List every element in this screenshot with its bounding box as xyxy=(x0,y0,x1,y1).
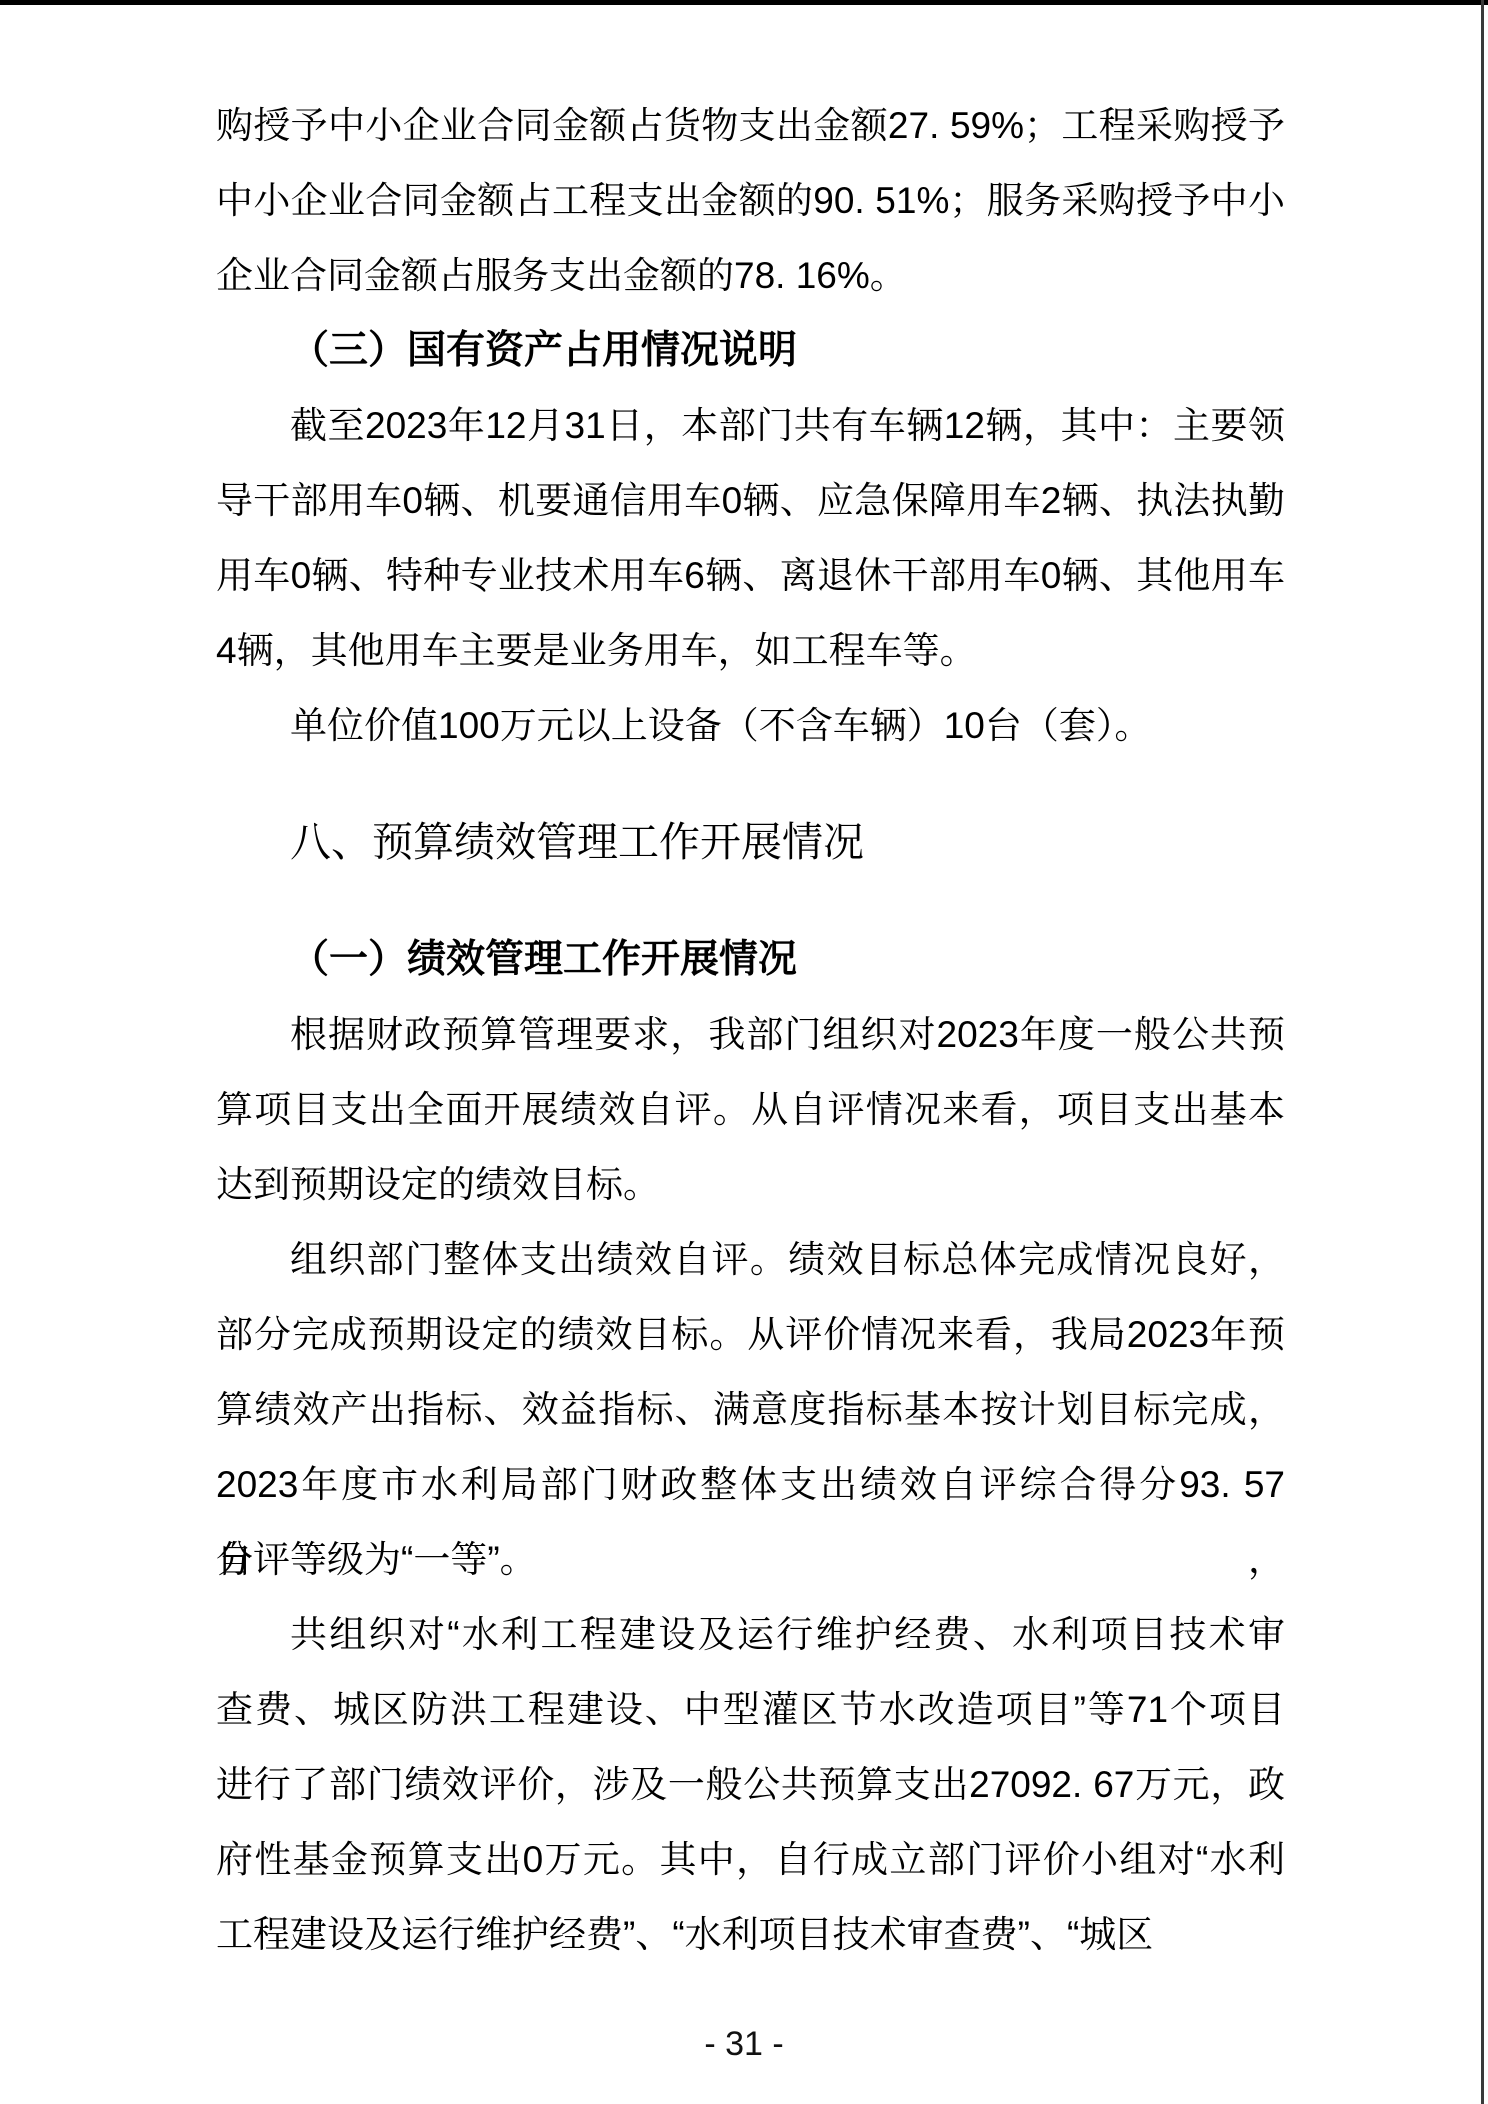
body-line: 4辆，其他用车主要是业务用车，如工程车等。 xyxy=(216,613,1285,688)
document-content: 购授予中小企业合同金额占货物支出金额27. 59%；工程采购授予 中小企业合同金… xyxy=(216,88,1285,1972)
body-line: 工程建设及运行维护经费”、“水利项目技术审查费”、“城区 xyxy=(216,1897,1285,1972)
section-heading: （一）绩效管理工作开展情况 xyxy=(216,922,1285,997)
body-line: 2023年度市水利局部门财政整体支出绩效自评综合得分93. 57分， xyxy=(216,1447,1285,1522)
body-line: 组织部门整体支出绩效自评。绩效目标总体完成情况良好， xyxy=(216,1222,1285,1297)
body-line: 导干部用车0辆、机要通信用车0辆、应急保障用车2辆、执法执勤 xyxy=(216,463,1285,538)
body-line: 算绩效产出指标、效益指标、满意度指标基本按计划目标完成， xyxy=(216,1372,1285,1447)
chapter-heading: 八、预算绩效管理工作开展情况 xyxy=(216,805,1285,880)
body-line: 用车0辆、特种专业技术用车6辆、离退休干部用车0辆、其他用车 xyxy=(216,538,1285,613)
body-line: 根据财政预算管理要求，我部门组织对2023年度一般公共预 xyxy=(216,997,1285,1072)
body-line: 部分完成预期设定的绩效目标。从评价情况来看，我局2023年预 xyxy=(216,1297,1285,1372)
document-page: 购授予中小企业合同金额占货物支出金额27. 59%；工程采购授予 中小企业合同金… xyxy=(0,0,1488,2104)
section-heading: （三）国有资产占用情况说明 xyxy=(216,313,1285,388)
scan-edge-right xyxy=(1481,0,1484,2104)
body-line: 府性基金预算支出0万元。其中，自行成立部门评价小组对“水利 xyxy=(216,1822,1285,1897)
body-line: 进行了部门绩效评价，涉及一般公共预算支出27092. 67万元，政 xyxy=(216,1747,1285,1822)
body-line: 查费、城区防洪工程建设、中型灌区节水改造项目”等71个项目 xyxy=(216,1672,1285,1747)
body-line: 购授予中小企业合同金额占货物支出金额27. 59%；工程采购授予 xyxy=(216,88,1285,163)
body-line: 企业合同金额占服务支出金额的78. 16%。 xyxy=(216,238,1285,313)
body-line: 算项目支出全面开展绩效自评。从自评情况来看，项目支出基本 xyxy=(216,1072,1285,1147)
body-line: 中小企业合同金额占工程支出金额的90. 51%；服务采购授予中小 xyxy=(216,163,1285,238)
body-line: 达到预期设定的绩效目标。 xyxy=(216,1147,1285,1222)
body-line: 单位价值100万元以上设备（不含车辆）10台（套）。 xyxy=(216,688,1285,763)
body-line: 共组织对“水利工程建设及运行维护经费、水利项目技术审 xyxy=(216,1597,1285,1672)
scan-edge-top xyxy=(0,0,1488,5)
body-line: 截至2023年12月31日，本部门共有车辆12辆，其中：主要领 xyxy=(216,388,1285,463)
page-number: - 31 - xyxy=(0,2022,1488,2066)
